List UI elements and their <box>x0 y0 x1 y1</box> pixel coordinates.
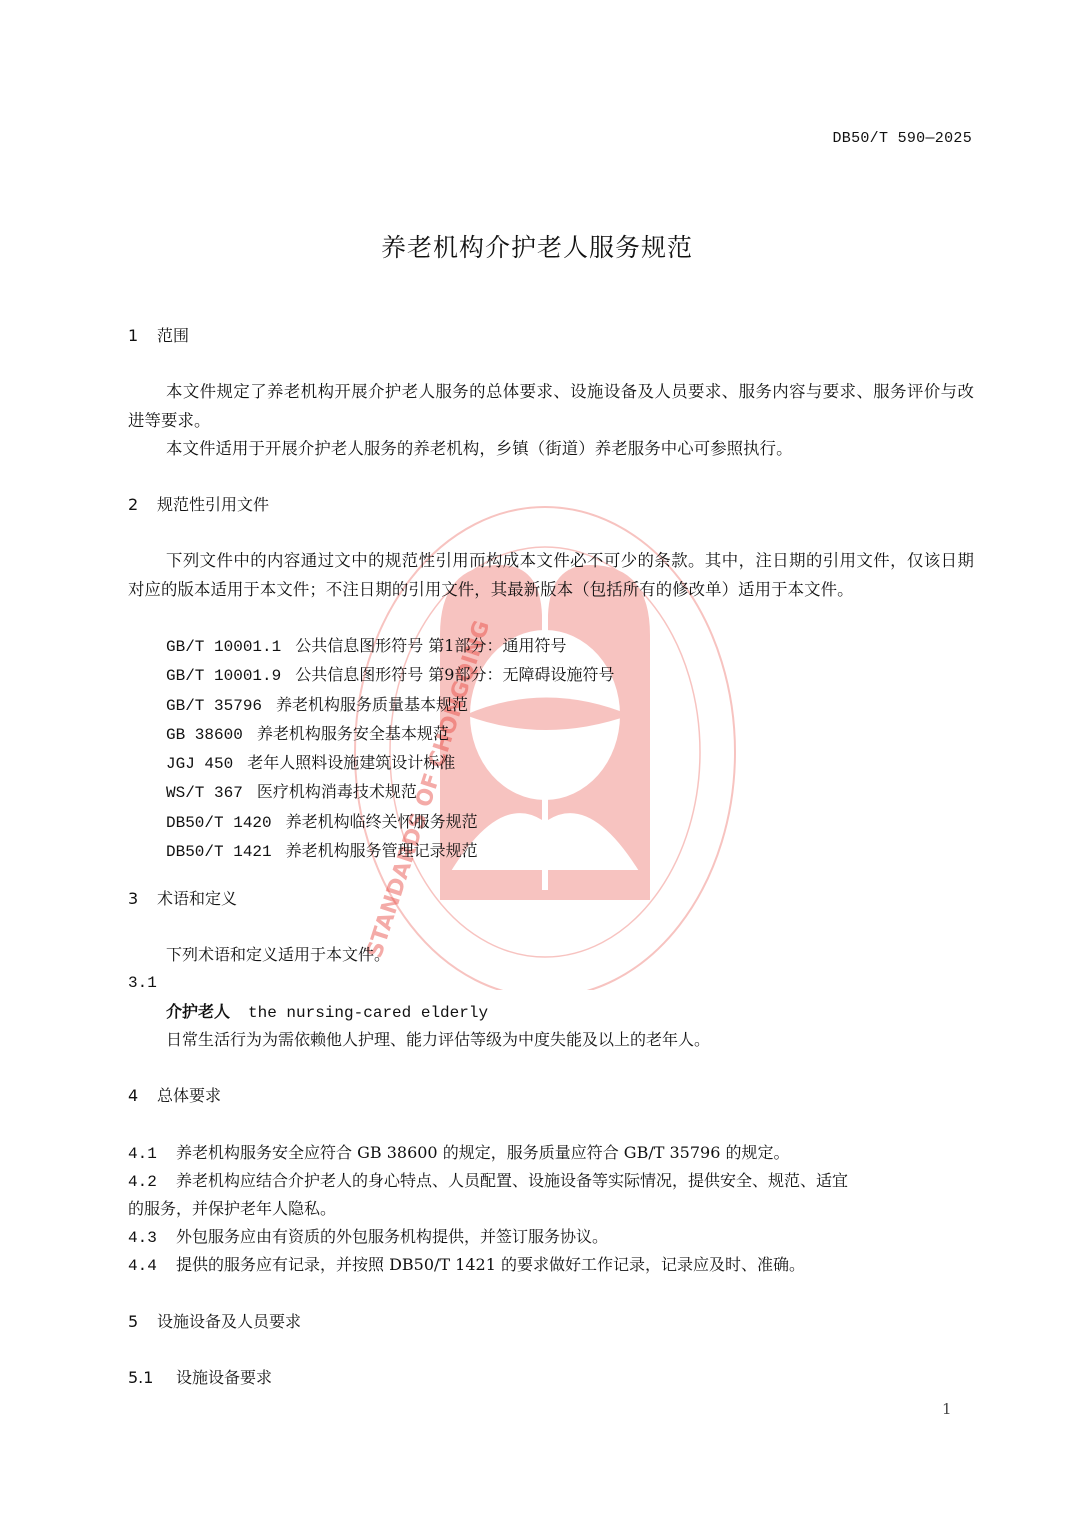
clause-4-1: 4.1养老机构服务安全应符合 GB 38600 的规定，服务质量应符合 GB/T… <box>128 1139 789 1168</box>
clause-4-2: 4.2养老机构应结合介护老人的身心特点、人员配置、设施设备等实际情况，提供安全、… <box>128 1167 848 1196</box>
normative-references-list: GB/T 10001.1公共信息图形符号 第1部分：通用符号 GB/T 1000… <box>166 632 615 866</box>
section-4-heading: 4总体要求 <box>128 1082 221 1110</box>
section-2-heading: 2规范性引用文件 <box>128 491 269 519</box>
term-english: the nursing-cared elderly <box>248 1004 488 1022</box>
document-page: STANDARDS OF CHONGQING DB50/T 590—2025 养… <box>0 0 1074 1520</box>
reference-item: GB/T 35796养老机构服务质量基本规范 <box>166 691 615 720</box>
term-chinese: 介护老人 <box>166 1002 230 1021</box>
section-3-intro: 下列术语和定义适用于本文件。 <box>166 941 390 969</box>
reference-item: DB50/T 1421养老机构服务管理记录规范 <box>166 837 615 866</box>
section-2-intro: 下列文件中的内容通过文中的规范性引用而构成本文件必不可少的条款。其中，注日期的引… <box>128 547 974 604</box>
reference-item: DB50/T 1420养老机构临终关怀服务规范 <box>166 808 615 837</box>
clause-4-3: 4.3外包服务应由有资质的外包服务机构提供，并签订服务协议。 <box>128 1223 608 1252</box>
clause-4-2-continued: 的服务，并保护老年人隐私。 <box>128 1195 336 1223</box>
page-number: 1 <box>942 1400 952 1418</box>
section-1-heading: 1范围 <box>128 322 189 350</box>
term-definition: 日常生活行为为需依赖他人护理、能力评估等级为中度失能及以上的老年人。 <box>166 1026 710 1054</box>
section-1-paragraph-2: 本文件适用于开展介护老人服务的养老机构，乡镇（街道）养老服务中心可参照执行。 <box>128 435 974 464</box>
reference-item: GB/T 10001.9公共信息图形符号 第9部分：无障碍设施符号 <box>166 661 615 690</box>
document-title: 养老机构介护老人服务规范 <box>0 228 1074 264</box>
section-5-heading: 5设施设备及人员要求 <box>128 1308 301 1336</box>
term-entry: 介护老人the nursing-cared elderly <box>166 998 488 1027</box>
section-3-heading: 3术语和定义 <box>128 885 237 913</box>
reference-item: WS/T 367医疗机构消毒技术规范 <box>166 778 615 807</box>
clause-4-4: 4.4提供的服务应有记录，并按照 DB50/T 1421 的要求做好工作记录，记… <box>128 1251 805 1280</box>
section-1-paragraph-1: 本文件规定了养老机构开展介护老人服务的总体要求、设施设备及人员要求、服务内容与要… <box>128 378 974 435</box>
section-5-1-heading: 5.1设施设备要求 <box>128 1364 272 1392</box>
reference-item: JGJ 450老年人照料设施建筑设计标准 <box>166 749 615 778</box>
document-number: DB50/T 590—2025 <box>832 130 972 147</box>
term-number: 3.1 <box>128 969 157 997</box>
reference-item: GB 38600养老机构服务安全基本规范 <box>166 720 615 749</box>
reference-item: GB/T 10001.1公共信息图形符号 第1部分：通用符号 <box>166 632 615 661</box>
